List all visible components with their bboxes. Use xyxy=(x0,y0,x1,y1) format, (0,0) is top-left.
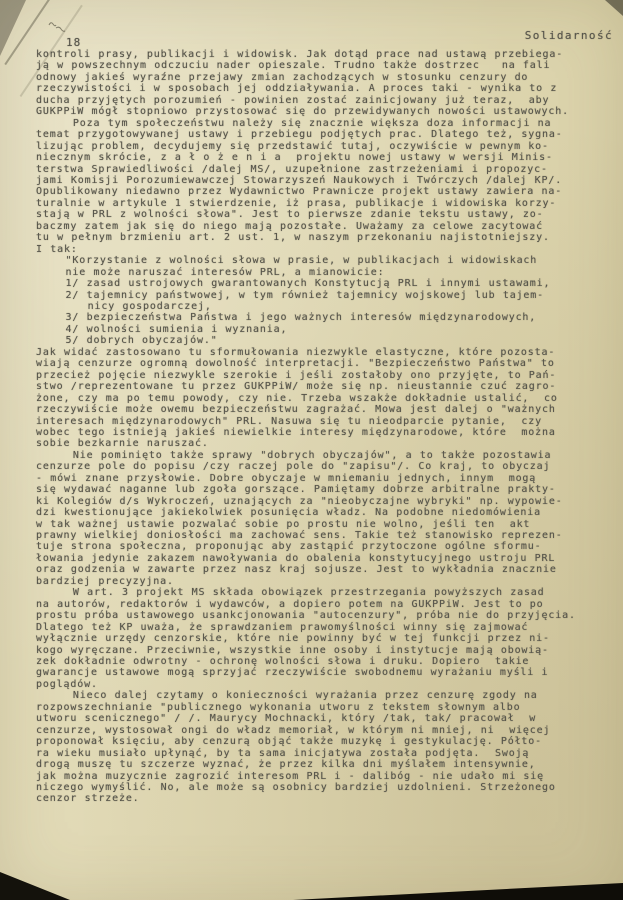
header-title: Solidarność xyxy=(525,29,613,42)
blockquote-art2-list: "Korzystanie z wolności słowa w prasie, … xyxy=(36,255,602,347)
paragraph-good-morals: Nie pominięto także sprawy "dobrych obyc… xyxy=(36,450,602,587)
pencil-mark xyxy=(46,20,68,36)
page-number: 18 xyxy=(66,36,81,49)
document-text: kontroli prasy, publikacji i widowisk. J… xyxy=(36,49,602,805)
paper-sheet: 18 Solidarność kontroli prasy, publikacj… xyxy=(0,0,623,900)
paragraph-elastic-wording: Jak widać zastosowano tu sformułowania n… xyxy=(36,347,602,450)
paragraph-law-progress: kontroli prasy, publikacji i widowisk. J… xyxy=(36,49,602,118)
paragraph-project-presentation: Poza tym społeczeństwu należy się znaczn… xyxy=(36,118,602,255)
paragraph-mochnacki-music: Nieco dalej czytamy o konieczności wyraż… xyxy=(36,690,602,805)
scanned-page: 18 Solidarność kontroli prasy, publikacj… xyxy=(0,0,623,900)
paragraph-art3-autocensorship: W art. 3 projekt MS składa obowiązek prz… xyxy=(36,587,602,690)
